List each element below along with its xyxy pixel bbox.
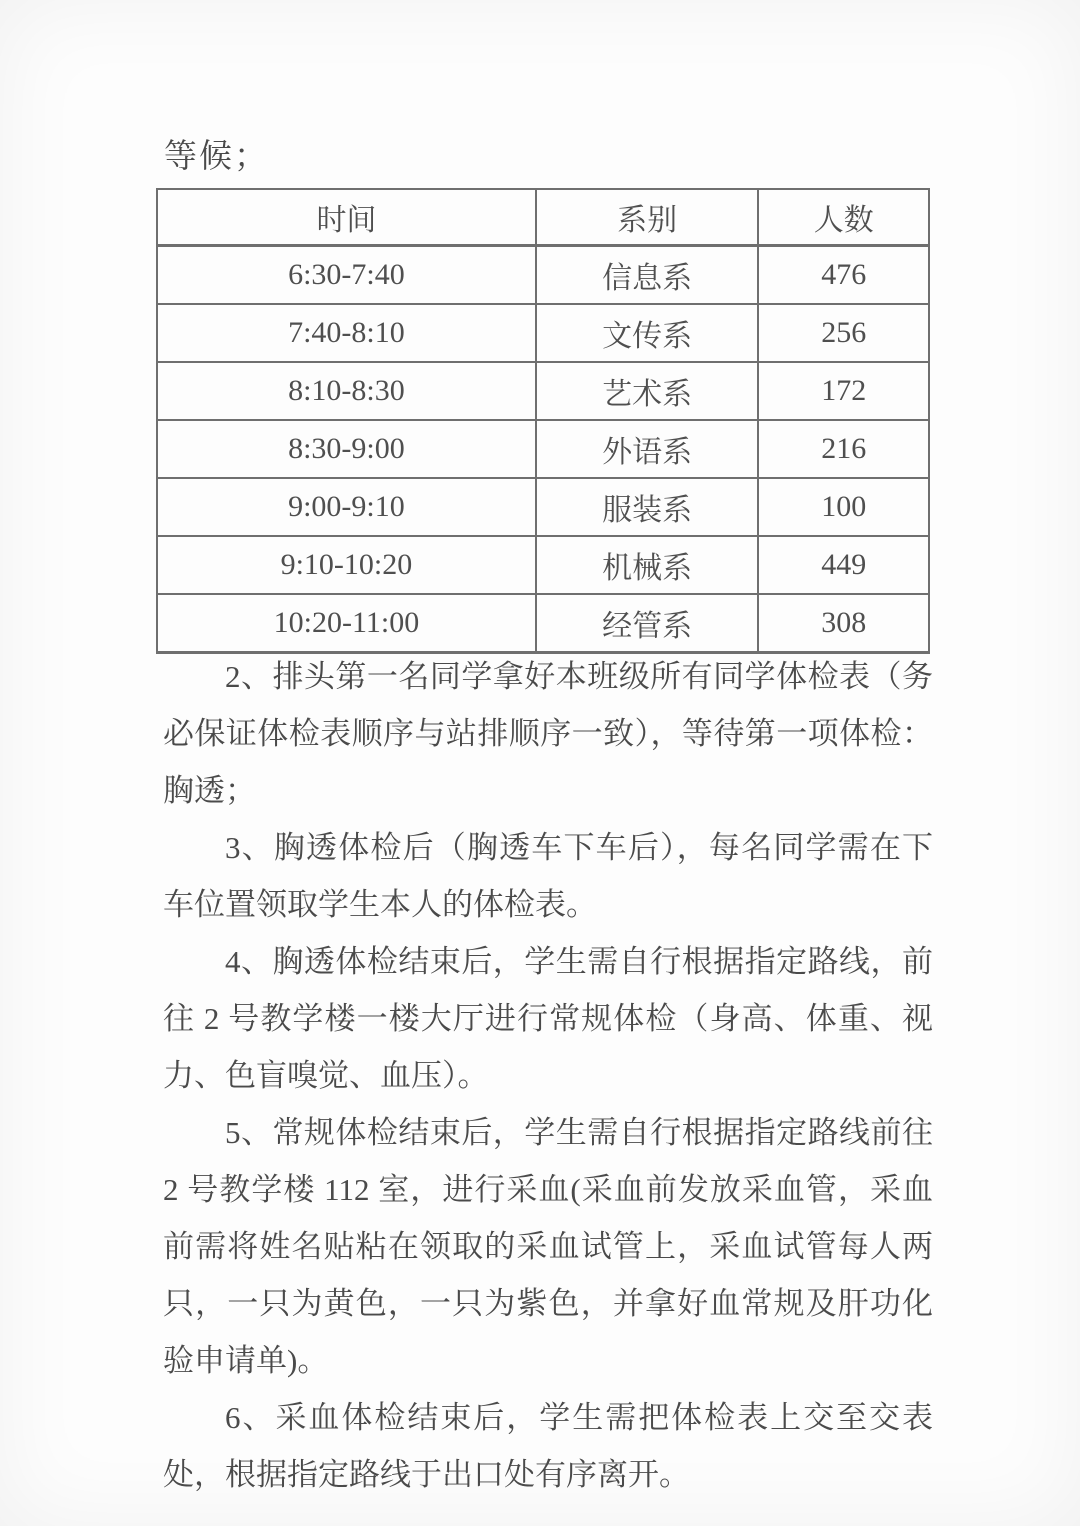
department-cell: 经管系 <box>536 594 759 653</box>
count-cell: 100 <box>758 478 929 536</box>
table-row: 7:40-8:10 文传系 256 <box>157 304 929 362</box>
document-page: 等候； 时间 系别 人数 6:30-7:40 信息系 476 7:40-8:10… <box>0 0 1080 1526</box>
time-cell: 8:30-9:00 <box>157 420 536 478</box>
time-cell: 7:40-8:10 <box>157 304 536 362</box>
count-cell: 216 <box>758 420 929 478</box>
table-row: 8:10-8:30 艺术系 172 <box>157 362 929 420</box>
schedule-table: 时间 系别 人数 6:30-7:40 信息系 476 7:40-8:10 文传系… <box>156 188 930 654</box>
instruction-paragraph: 6、采血体检结束后，学生需把体检表上交至交表处，根据指定路线于出口处有序离开。 <box>163 1389 933 1503</box>
count-cell: 256 <box>758 304 929 362</box>
department-cell: 文传系 <box>536 304 759 362</box>
count-cell: 449 <box>758 536 929 594</box>
time-cell: 8:10-8:30 <box>157 362 536 420</box>
instruction-paragraph: 5、常规体检结束后，学生需自行根据指定路线前往 2 号教学楼 112 室，进行采… <box>163 1104 933 1389</box>
time-cell: 9:10-10:20 <box>157 536 536 594</box>
department-cell: 外语系 <box>536 420 759 478</box>
table-row: 9:10-10:20 机械系 449 <box>157 536 929 594</box>
col-header-count: 人数 <box>758 189 929 246</box>
instructions-block: 2、排头第一名同学拿好本班级所有同学体检表（务必保证体检表顺序与站排顺序一致），… <box>163 648 933 1503</box>
table-row: 6:30-7:40 信息系 476 <box>157 246 929 305</box>
instruction-paragraph: 3、胸透体检后（胸透车下车后），每名同学需在下车位置领取学生本人的体检表。 <box>163 819 933 933</box>
department-cell: 机械系 <box>536 536 759 594</box>
time-cell: 10:20-11:00 <box>157 594 536 653</box>
instruction-paragraph: 4、胸透体检结束后，学生需自行根据指定路线，前往 2 号教学楼一楼大厅进行常规体… <box>163 933 933 1104</box>
table-row: 9:00-9:10 服装系 100 <box>157 478 929 536</box>
table-header-row: 时间 系别 人数 <box>157 189 929 246</box>
intro-text: 等候； <box>164 130 269 177</box>
col-header-time: 时间 <box>157 189 536 246</box>
department-cell: 服装系 <box>536 478 759 536</box>
count-cell: 308 <box>758 594 929 653</box>
time-cell: 9:00-9:10 <box>157 478 536 536</box>
department-cell: 信息系 <box>536 246 759 305</box>
department-cell: 艺术系 <box>536 362 759 420</box>
col-header-department: 系别 <box>536 189 759 246</box>
count-cell: 476 <box>758 246 929 305</box>
table-row: 10:20-11:00 经管系 308 <box>157 594 929 653</box>
instruction-paragraph: 2、排头第一名同学拿好本班级所有同学体检表（务必保证体检表顺序与站排顺序一致），… <box>163 648 933 819</box>
time-cell: 6:30-7:40 <box>157 246 536 305</box>
table-row: 8:30-9:00 外语系 216 <box>157 420 929 478</box>
count-cell: 172 <box>758 362 929 420</box>
